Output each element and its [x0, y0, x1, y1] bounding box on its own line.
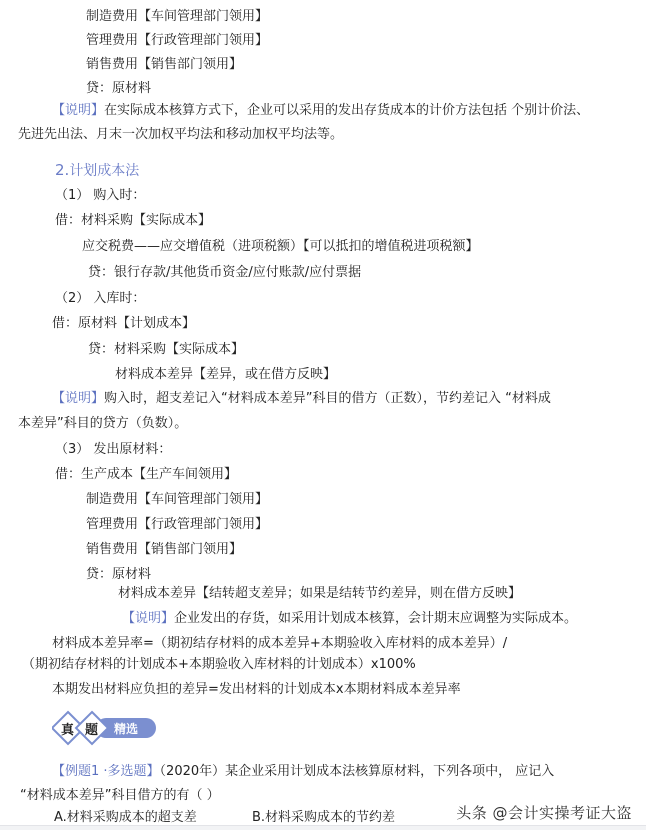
example-text: （2020年）某企业采用计划成本法核算原材料，下列各项中， 应记入 [160, 764, 555, 779]
real-exam-badge: 真 题 精选 [52, 710, 162, 746]
step1-title: （1） 购入时： [55, 187, 145, 205]
note-text: 购入时，超支差记入“材料成本差异”科目的借方（正数），节约差记入 “材料成 [104, 391, 551, 406]
step2-credit: 贷：材料采购【实际成本】 [88, 341, 244, 359]
step2-note-cont: 本差异”科目的贷方（负数）。 [18, 415, 187, 433]
step3-note: 【说明】企业发出的存货，如采用计划成本核算，会计期末应调整为实际成本。 [122, 610, 577, 628]
step1-debit-2: 应交税费——应交增值税（进项税额）【可以抵扣的增值税进项税额】 [82, 238, 479, 256]
note-paragraph-1: 【说明】在实际成本核算方式下，企业可以采用的发出存货成本的计价方法包括 个别计价… [52, 102, 589, 120]
section-number: 2. [55, 161, 69, 179]
step2-note: 【说明】购入时，超支差记入“材料成本差异”科目的借方（正数），节约差记入 “材料… [52, 390, 551, 408]
note-tag: 【说明】 [52, 103, 104, 118]
note-tag: 【说明】 [122, 611, 174, 626]
step3-debit-sales: 销售费用【销售部门领用】 [86, 541, 242, 559]
section-title: 计划成本法 [69, 163, 139, 179]
step1-debit: 借：材料采购【实际成本】 [55, 212, 211, 230]
badge-label: 精选 [114, 720, 138, 737]
note-tag: 【说明】 [52, 391, 104, 406]
step3-credit-2: 材料成本差异【结转超支差异；如果是结转节约差异，则在借方反映】 [118, 585, 521, 603]
step3-debit-admin: 管理费用【行政管理部门领用】 [86, 516, 268, 534]
step3-credit: 贷：原材料 [86, 566, 151, 584]
example-question-cont: “材料成本差异”科目借方的有（ ） [20, 787, 220, 805]
step2-debit: 借：原材料【计划成本】 [52, 315, 195, 333]
badge-char-1: 真 [61, 719, 74, 738]
step3-title: （3） 发出原材料： [55, 441, 171, 459]
step3-debit-manufacturing: 制造费用【车间管理部门领用】 [86, 491, 268, 509]
credit-line: 贷：原材料 [86, 80, 151, 98]
formula-variance-rate: 材料成本差异率=（期初结存材料的成本差异+本期验收入库材料的成本差异）/ [52, 635, 507, 653]
badge-char-2: 题 [85, 719, 98, 738]
watermark: 头条 @会计实操考证大盗 [456, 802, 632, 823]
debit-line-manufacturing: 制造费用【车间管理部门领用】 [86, 8, 268, 26]
step2-title: （2） 入库时： [55, 290, 145, 308]
debit-line-sales: 销售费用【销售部门领用】 [86, 56, 242, 74]
example-tag: 【例题1 ·多选题】 [52, 764, 160, 779]
section-heading: 2.计划成本法 [55, 161, 139, 180]
formula-issued-variance: 本期发出材料应负担的差异=发出材料的计划成本x本期材料成本差异率 [52, 681, 461, 699]
note-text: 企业发出的存货，如采用计划成本核算，会计期末应调整为实际成本。 [174, 611, 577, 626]
formula-variance-rate-cont: （期初结存材料的计划成本+本期验收入库材料的计划成本）x100% [22, 656, 416, 674]
step2-credit-2: 材料成本差异【差异，或在借方反映】 [115, 366, 336, 384]
step1-credit: 贷：银行存款/其他货币资金/应付账款/应付票据 [88, 264, 361, 282]
note-paragraph-1-cont: 先进先出法、月末一次加权平均法和移动加权平均法等。 [18, 126, 343, 144]
step3-debit: 借：生产成本【生产车间领用】 [55, 466, 237, 484]
example-question: 【例题1 ·多选题】（2020年）某企业采用计划成本法核算原材料，下列各项中， … [52, 763, 554, 781]
debit-line-admin: 管理费用【行政管理部门领用】 [86, 32, 268, 50]
note-text: 在实际成本核算方式下，企业可以采用的发出存货成本的计价方法包括 个别计价法、 [104, 103, 589, 118]
bottom-divider [0, 825, 646, 830]
